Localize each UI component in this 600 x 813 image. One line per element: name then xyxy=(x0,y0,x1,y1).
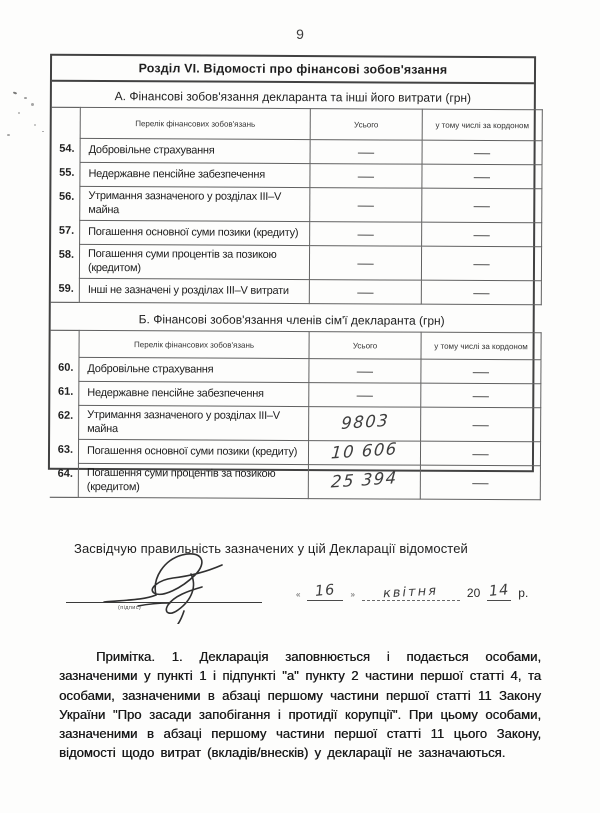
total-dash: — xyxy=(357,363,373,378)
row-abroad-cell: — xyxy=(420,465,540,500)
signature-scribble xyxy=(98,548,258,624)
table-header-row: Перелік фінансових зобов'язаньУсьогоу то… xyxy=(51,330,542,360)
total-dash: — xyxy=(358,168,374,183)
row-label: Погашення основної суми позики (кредиту) xyxy=(78,439,308,464)
signature-line xyxy=(66,602,262,603)
row-number-gutter xyxy=(51,330,80,357)
table-row: 59.Інші не зазначені у розділах III–V ви… xyxy=(51,278,542,305)
row-number: 63. xyxy=(50,439,79,463)
handwritten-day: 16 xyxy=(315,583,337,600)
abroad-dash: — xyxy=(472,474,488,489)
page-number: 9 xyxy=(0,26,600,42)
signature-caption: (підпис) xyxy=(118,605,198,611)
row-number: 61. xyxy=(50,381,79,405)
table-row: 64.Погашення суми процентів за позикою (… xyxy=(50,463,541,500)
row-label: Добровільне страхування xyxy=(79,357,309,382)
handwritten-total-value: 9803 xyxy=(340,413,389,435)
row-total-cell: 25 394 xyxy=(308,465,420,500)
total-dash: — xyxy=(358,197,374,212)
abroad-dash: — xyxy=(473,284,489,299)
row-abroad-cell: — xyxy=(422,140,542,165)
abroad-dash: — xyxy=(474,168,490,183)
table-row: 55.Недержавне пенсійне забезпечення—— xyxy=(51,162,542,189)
row-abroad-cell: — xyxy=(422,188,542,223)
row-number: 57. xyxy=(51,220,80,244)
open-quote: « xyxy=(296,590,300,601)
row-total-cell: — xyxy=(309,280,421,305)
abroad-dash: — xyxy=(473,255,489,270)
row-total-cell: — xyxy=(310,140,422,165)
col-header-abroad: у тому числі за кордоном xyxy=(422,109,542,141)
year-suffix: р. xyxy=(518,586,528,601)
row-number-gutter xyxy=(52,107,81,138)
col-header-abroad: у тому числі за кордоном xyxy=(421,332,541,360)
table-row: 57.Погашення основної суми позики (креди… xyxy=(51,220,542,247)
note-paragraph: Примітка. 1. Декларація заповнюється і п… xyxy=(59,647,541,763)
col-header-list: Перелік фінансових зобов'язань xyxy=(79,330,309,358)
table-b-title: Б. Фінансові зобов'язання членів сім'ї д… xyxy=(55,312,529,328)
abroad-dash: — xyxy=(473,387,489,402)
col-header-total: Усього xyxy=(309,332,421,360)
table-row: 62.Утримання зазначеного у розділах III–… xyxy=(50,405,541,442)
row-label: Інші не зазначені у розділах III–V витра… xyxy=(79,278,309,303)
row-total-cell: — xyxy=(310,164,422,189)
total-dash: — xyxy=(358,144,374,159)
row-label: Погашення основної суми позики (кредиту) xyxy=(80,220,310,245)
row-abroad-cell: — xyxy=(421,383,541,408)
table-row: 61.Недержавне пенсійне забезпечення—— xyxy=(50,381,541,408)
table-row: 58.Погашення суми процентів за позикою (… xyxy=(51,244,542,281)
scan-artifact xyxy=(13,91,17,94)
scan-artifact xyxy=(34,124,36,126)
abroad-dash: — xyxy=(474,144,490,159)
abroad-dash: — xyxy=(472,445,488,460)
row-number: 56. xyxy=(51,186,80,220)
row-abroad-cell: — xyxy=(421,280,541,305)
row-label: Утримання зазначеного у розділах III–V м… xyxy=(80,186,310,221)
table-a-title: А. Фінансові зобов'язання декларанта та … xyxy=(56,89,530,105)
close-quote: » xyxy=(350,590,354,601)
handwritten-total-value: 25 394 xyxy=(330,470,398,493)
total-dash: — xyxy=(357,387,373,402)
scan-artifact xyxy=(18,112,20,114)
row-total-cell: — xyxy=(310,222,422,247)
handwritten-total-value: 10 606 xyxy=(331,441,399,464)
row-number: 60. xyxy=(50,357,79,381)
col-header-total: Усього xyxy=(310,109,422,141)
row-number: 55. xyxy=(51,162,80,186)
row-total-cell: 9803 xyxy=(309,407,421,442)
row-label: Погашення суми процентів за позикою (кре… xyxy=(78,463,308,498)
row-abroad-cell: — xyxy=(420,441,540,466)
table-header-row: Перелік фінансових зобов'язаньУсьогоу то… xyxy=(52,107,543,141)
table-row: 63.Погашення основної суми позики (креди… xyxy=(50,439,541,466)
row-label: Добровільне страхування xyxy=(80,138,310,163)
row-label: Погашення суми процентів за позикою (кре… xyxy=(79,244,309,279)
date-row: « 16 » квітня 20 14 р. xyxy=(296,584,528,601)
total-dash: — xyxy=(357,284,373,299)
row-number: 58. xyxy=(51,244,80,278)
total-dash: — xyxy=(357,255,373,270)
row-total-cell: 10 606 xyxy=(308,441,420,466)
row-abroad-cell: — xyxy=(422,222,542,247)
abroad-dash: — xyxy=(473,226,489,241)
row-number: 64. xyxy=(50,463,79,497)
section-vi-box: Розділ VI. Відомості про фінансові зобов… xyxy=(48,54,536,473)
row-abroad-cell: — xyxy=(421,407,541,442)
col-header-list: Перелік фінансових зобов'язань xyxy=(80,107,310,139)
date-month-field: квітня xyxy=(362,585,460,601)
section-vi-title: Розділ VI. Відомості про фінансові зобов… xyxy=(52,56,534,85)
handwritten-month: квітня xyxy=(383,584,439,601)
row-abroad-cell: — xyxy=(422,164,542,189)
row-abroad-cell: — xyxy=(421,246,541,281)
row-number: 59. xyxy=(51,278,80,302)
scan-artifact xyxy=(42,131,44,132)
financial-obligations-table-a: Перелік фінансових зобов'язаньУсьогоу то… xyxy=(51,107,543,306)
abroad-dash: — xyxy=(474,197,490,212)
scan-artifact xyxy=(24,97,27,99)
date-day-field: 16 xyxy=(307,584,343,601)
table-row: 54.Добровільне страхування—— xyxy=(52,138,543,165)
abroad-dash: — xyxy=(472,416,488,431)
year-prefix: 20 xyxy=(467,586,480,601)
financial-obligations-table-b: Перелік фінансових зобов'язаньУсьогоу то… xyxy=(50,330,542,501)
row-number: 62. xyxy=(50,405,79,439)
row-label: Недержавне пенсійне забезпечення xyxy=(79,381,309,406)
row-total-cell: — xyxy=(309,383,421,408)
row-label: Утримання зазначеного у розділах III–V м… xyxy=(79,405,309,440)
row-abroad-cell: — xyxy=(421,359,541,384)
total-dash: — xyxy=(357,226,373,241)
table-row: 56.Утримання зазначеного у розділах III–… xyxy=(51,186,542,223)
row-total-cell: — xyxy=(309,246,421,281)
row-number: 54. xyxy=(52,138,81,162)
scan-artifact xyxy=(7,134,10,136)
row-total-cell: — xyxy=(309,359,421,384)
row-label: Недержавне пенсійне забезпечення xyxy=(80,162,310,187)
date-year-field: 14 xyxy=(487,584,511,601)
handwritten-year: 14 xyxy=(488,583,510,600)
table-row: 60.Добровільне страхування—— xyxy=(50,357,541,384)
row-total-cell: — xyxy=(310,188,422,223)
scan-artifact xyxy=(31,103,34,106)
abroad-dash: — xyxy=(473,363,489,378)
